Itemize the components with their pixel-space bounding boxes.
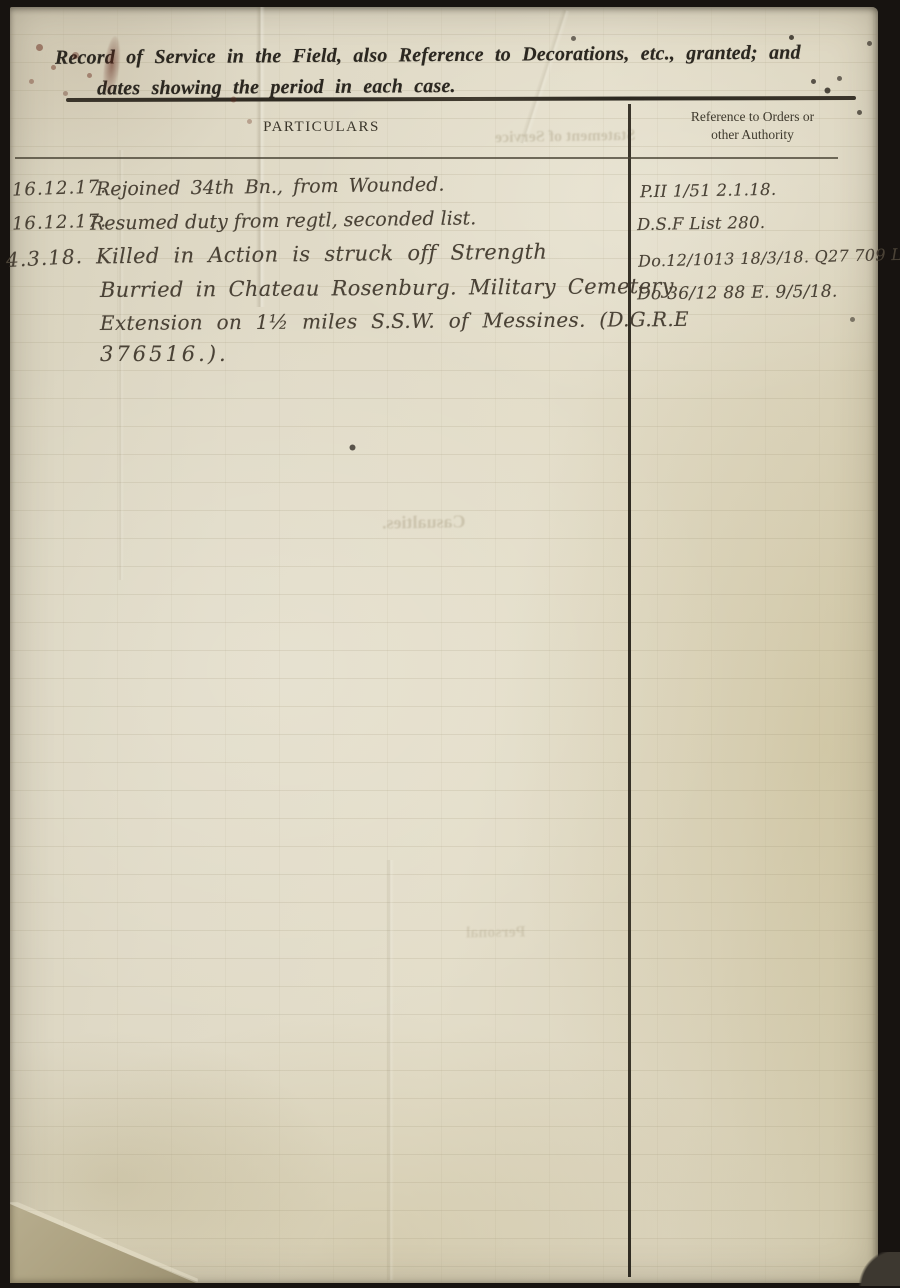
form-title-line1: Record of Service in the Field, also Ref… xyxy=(55,37,855,74)
column-header-reference-line1: Reference to Orders or xyxy=(640,108,865,126)
bleedthrough-text: Casualties. xyxy=(382,511,466,533)
entry-reference: D.S.F List 280. xyxy=(637,213,766,234)
entry-reference: P.II 1/51 2.1.18. xyxy=(640,180,777,201)
entry-reference: Do 36/12 88 E. 9/5/18. xyxy=(637,282,838,305)
column-header-particulars: PARTICULARS xyxy=(15,119,628,136)
entry-particulars: 376516.). xyxy=(100,342,229,366)
paper-specks xyxy=(0,0,3,3)
entry-date: 4.3.18. xyxy=(5,244,83,272)
corner-shadow xyxy=(858,1252,900,1286)
entry-particulars: Extension on 1½ miles S.S.W. of Messines… xyxy=(100,307,689,335)
column-header-reference-line2: other Authority xyxy=(640,126,865,144)
scanned-document-page: Statement of Service Casualties. Persona… xyxy=(0,0,900,1288)
column-header-reference: Reference to Orders or other Authority xyxy=(640,108,865,144)
entry-particulars: Burried in Chateau Rosenburg. Military C… xyxy=(100,274,674,302)
bleedthrough-text: Personal xyxy=(466,923,526,942)
entry-particulars: Killed in Action is struck off Strength xyxy=(96,240,547,269)
header-underline xyxy=(15,157,838,159)
form-title: Record of Service in the Field, also Ref… xyxy=(55,37,855,105)
entry-date: 16.12.17. xyxy=(12,176,108,200)
